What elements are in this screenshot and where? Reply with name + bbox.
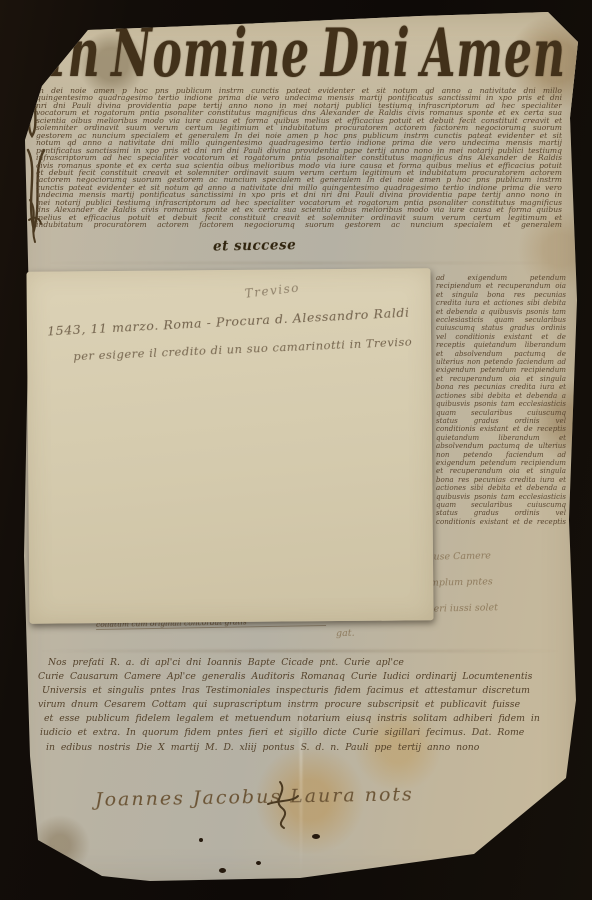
attestation-line: Curie Causarum Camere Apl'ce generalis A…: [38, 671, 558, 682]
heading-word: In: [46, 16, 101, 93]
faint-script-line: gat.: [336, 628, 355, 639]
hole-spot: [219, 868, 226, 873]
inline-bold-words: et succese: [213, 237, 296, 254]
attestation-line: et esse publicum fidelem legalem et metu…: [44, 713, 544, 724]
attestation-line: in edibus nostris Die X martij M. D. xli…: [46, 742, 516, 753]
slip-regest-line2: per esigere il credito di un suo camarin…: [73, 334, 413, 363]
slip-regest-line1: 1543, 11 marzo. Roma - Procura d. Alessa…: [47, 305, 410, 339]
crease: [300, 640, 302, 878]
attestation-line: virum dnum Cesarem Cottam qui suprascrip…: [38, 699, 558, 710]
hole-spot: [256, 861, 261, 865]
slip-place-note: Treviso: [244, 281, 301, 301]
paper-slip-overlay: Treviso 1543, 11 marzo. Roma - Procura d…: [26, 268, 433, 624]
signature-flourish: [258, 778, 302, 830]
crease: [40, 262, 560, 264]
heading-word: Nomine: [111, 16, 310, 93]
crease: [40, 650, 560, 652]
photo-of-parchment-document: In Nomine Dni Amen In dei noie amen p ho…: [0, 0, 592, 900]
manuscript-column-text: ad exigendum petendum recipiendum et rec…: [436, 274, 566, 526]
attestation-line: iudicio et extra. In quorum fidem pntes …: [40, 727, 552, 738]
notary-signature: Joannes Jacobus Laura nots: [95, 783, 414, 811]
heading-in-nomine-dni-amen: In Nomine Dni Amen: [46, 16, 566, 86]
hole-spot: [199, 838, 203, 842]
heading-word: Dni: [321, 16, 411, 93]
hole-spot: [312, 834, 320, 839]
manuscript-body-text: In dei noie amen p hoc pns publicum inst…: [36, 87, 562, 271]
heading-word: Amen: [421, 16, 566, 93]
